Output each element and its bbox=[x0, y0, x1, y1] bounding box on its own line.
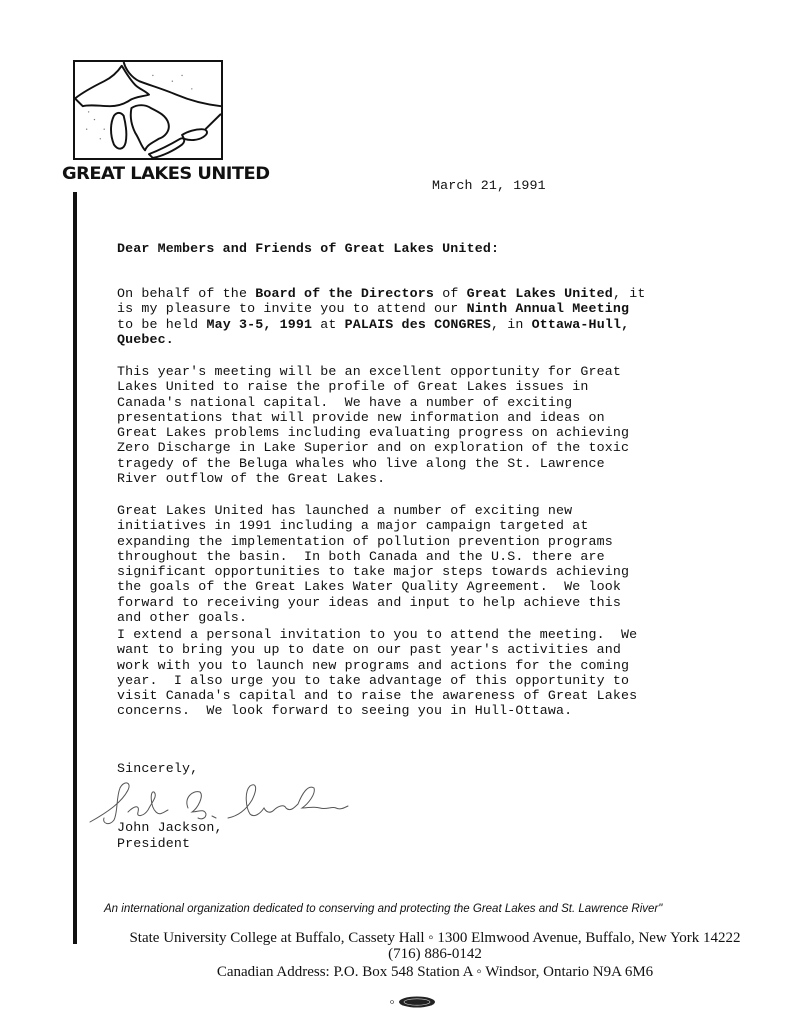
canadian-address: Canadian Address: P.O. Box 548 Station A… bbox=[38, 964, 794, 981]
emphasized-text: May 3-5, 1991 bbox=[206, 317, 312, 332]
paragraph-personal-invitation: I extend a personal invitation to you to… bbox=[117, 627, 727, 719]
paragraph-initiatives: Great Lakes United has launched a number… bbox=[117, 503, 727, 625]
signer-name: John Jackson, bbox=[117, 820, 223, 835]
letterhead-vertical-rule bbox=[73, 192, 77, 944]
paragraph-text: This year's meeting will be an excellent… bbox=[117, 364, 629, 486]
letter-date: March 21, 1991 bbox=[432, 178, 546, 193]
paragraph-text: Great Lakes United has launched a number… bbox=[117, 503, 629, 625]
organization-tagline: An international organization dedicated … bbox=[104, 903, 662, 915]
paragraph-text: to be held bbox=[117, 317, 206, 332]
phone-number: (716) 886-0142 bbox=[38, 946, 794, 963]
paragraph-invitation: On behalf of the Board of the Directors … bbox=[117, 286, 727, 347]
paragraph-text: of bbox=[434, 286, 467, 301]
great-lakes-map-icon bbox=[73, 60, 223, 160]
paragraph-text: On behalf of the bbox=[117, 286, 255, 301]
signer-title: President bbox=[117, 836, 190, 851]
organization-logo-text: GREAT LAKES UNITED bbox=[62, 164, 270, 184]
paragraph-meeting-opportunity: This year's meeting will be an excellent… bbox=[117, 364, 727, 486]
paragraph-text: I extend a personal invitation to you to… bbox=[117, 627, 637, 718]
closing: Sincerely, bbox=[117, 761, 198, 776]
emphasized-text: Great Lakes United bbox=[467, 286, 613, 301]
emphasized-text: Board of the Directors bbox=[255, 286, 434, 301]
salutation: Dear Members and Friends of Great Lakes … bbox=[117, 241, 499, 256]
emphasized-text: PALAIS des CONGRES bbox=[345, 317, 491, 332]
us-address: State University College at Buffalo, Cas… bbox=[38, 930, 794, 947]
paragraph-text: at bbox=[312, 317, 345, 332]
paragraph-text: , in bbox=[491, 317, 532, 332]
union-label-icon bbox=[389, 996, 437, 1008]
emphasized-text: Ninth Annual Meeting bbox=[467, 301, 630, 316]
